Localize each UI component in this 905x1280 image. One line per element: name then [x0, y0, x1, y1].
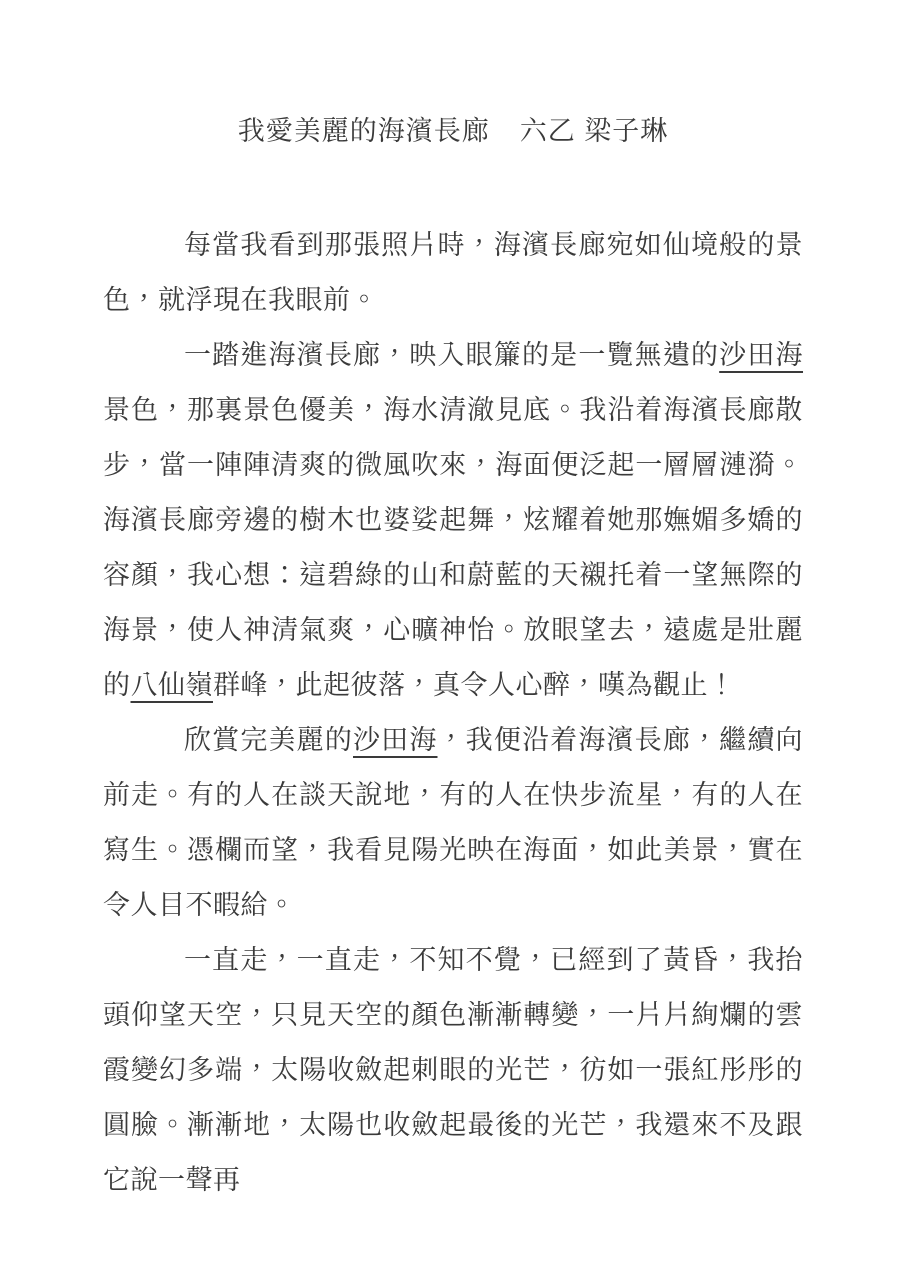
title-line: 我愛美麗的海濱長廊 六乙 梁子琳 — [103, 112, 803, 150]
essay-title: 我愛美麗的海濱長廊 — [238, 112, 490, 150]
essay-text: 每當我看到那張照片時，海濱長廊宛如仙境般的景色，就浮現在我眼前。 — [103, 230, 803, 315]
essay-text: 欣賞完美麗的 — [184, 725, 353, 755]
essay-paragraph: 欣賞完美麗的沙田海，我便沿着海濱長廊，繼續向前走。有的人在談天說地，有的人在快步… — [103, 713, 803, 933]
essay-paragraph: 一踏進海濱長廊，映入眼簾的是一覽無遺的沙田海景色，那裏景色優美，海水清澈見底。我… — [103, 328, 803, 713]
essay-text: 景色，那裏景色優美，海水清澈見底。我沿着海濱長廊散步，當一陣陣清爽的微風吹來，海… — [103, 395, 803, 700]
proper-noun-underline: 沙田海 — [353, 725, 438, 755]
proper-noun-underline: 沙田海 — [719, 340, 803, 370]
essay-paragraph: 每當我看到那張照片時，海濱長廊宛如仙境般的景色，就浮現在我眼前。 — [103, 218, 803, 328]
essay-paragraph: 一直走，一直走，不知不覺，已經到了黃昏，我抬頭仰望天空，只見天空的顏色漸漸轉變，… — [103, 933, 803, 1208]
essay-byline: 六乙 梁子琳 — [520, 112, 669, 150]
essay-body: 每當我看到那張照片時，海濱長廊宛如仙境般的景色，就浮現在我眼前。一踏進海濱長廊，… — [103, 218, 803, 1208]
essay-text: 一踏進海濱長廊，映入眼簾的是一覽無遺的 — [184, 340, 719, 370]
essay-text: 群峰，此起彼落，真令人心醉，嘆為觀止！ — [213, 670, 736, 700]
essay-text: 一直走，一直走，不知不覺，已經到了黃昏，我抬頭仰望天空，只見天空的顏色漸漸轉變，… — [103, 945, 803, 1195]
proper-noun-underline: 八仙嶺 — [131, 670, 214, 700]
document-page: 我愛美麗的海濱長廊 六乙 梁子琳 每當我看到那張照片時，海濱長廊宛如仙境般的景色… — [0, 0, 905, 1280]
